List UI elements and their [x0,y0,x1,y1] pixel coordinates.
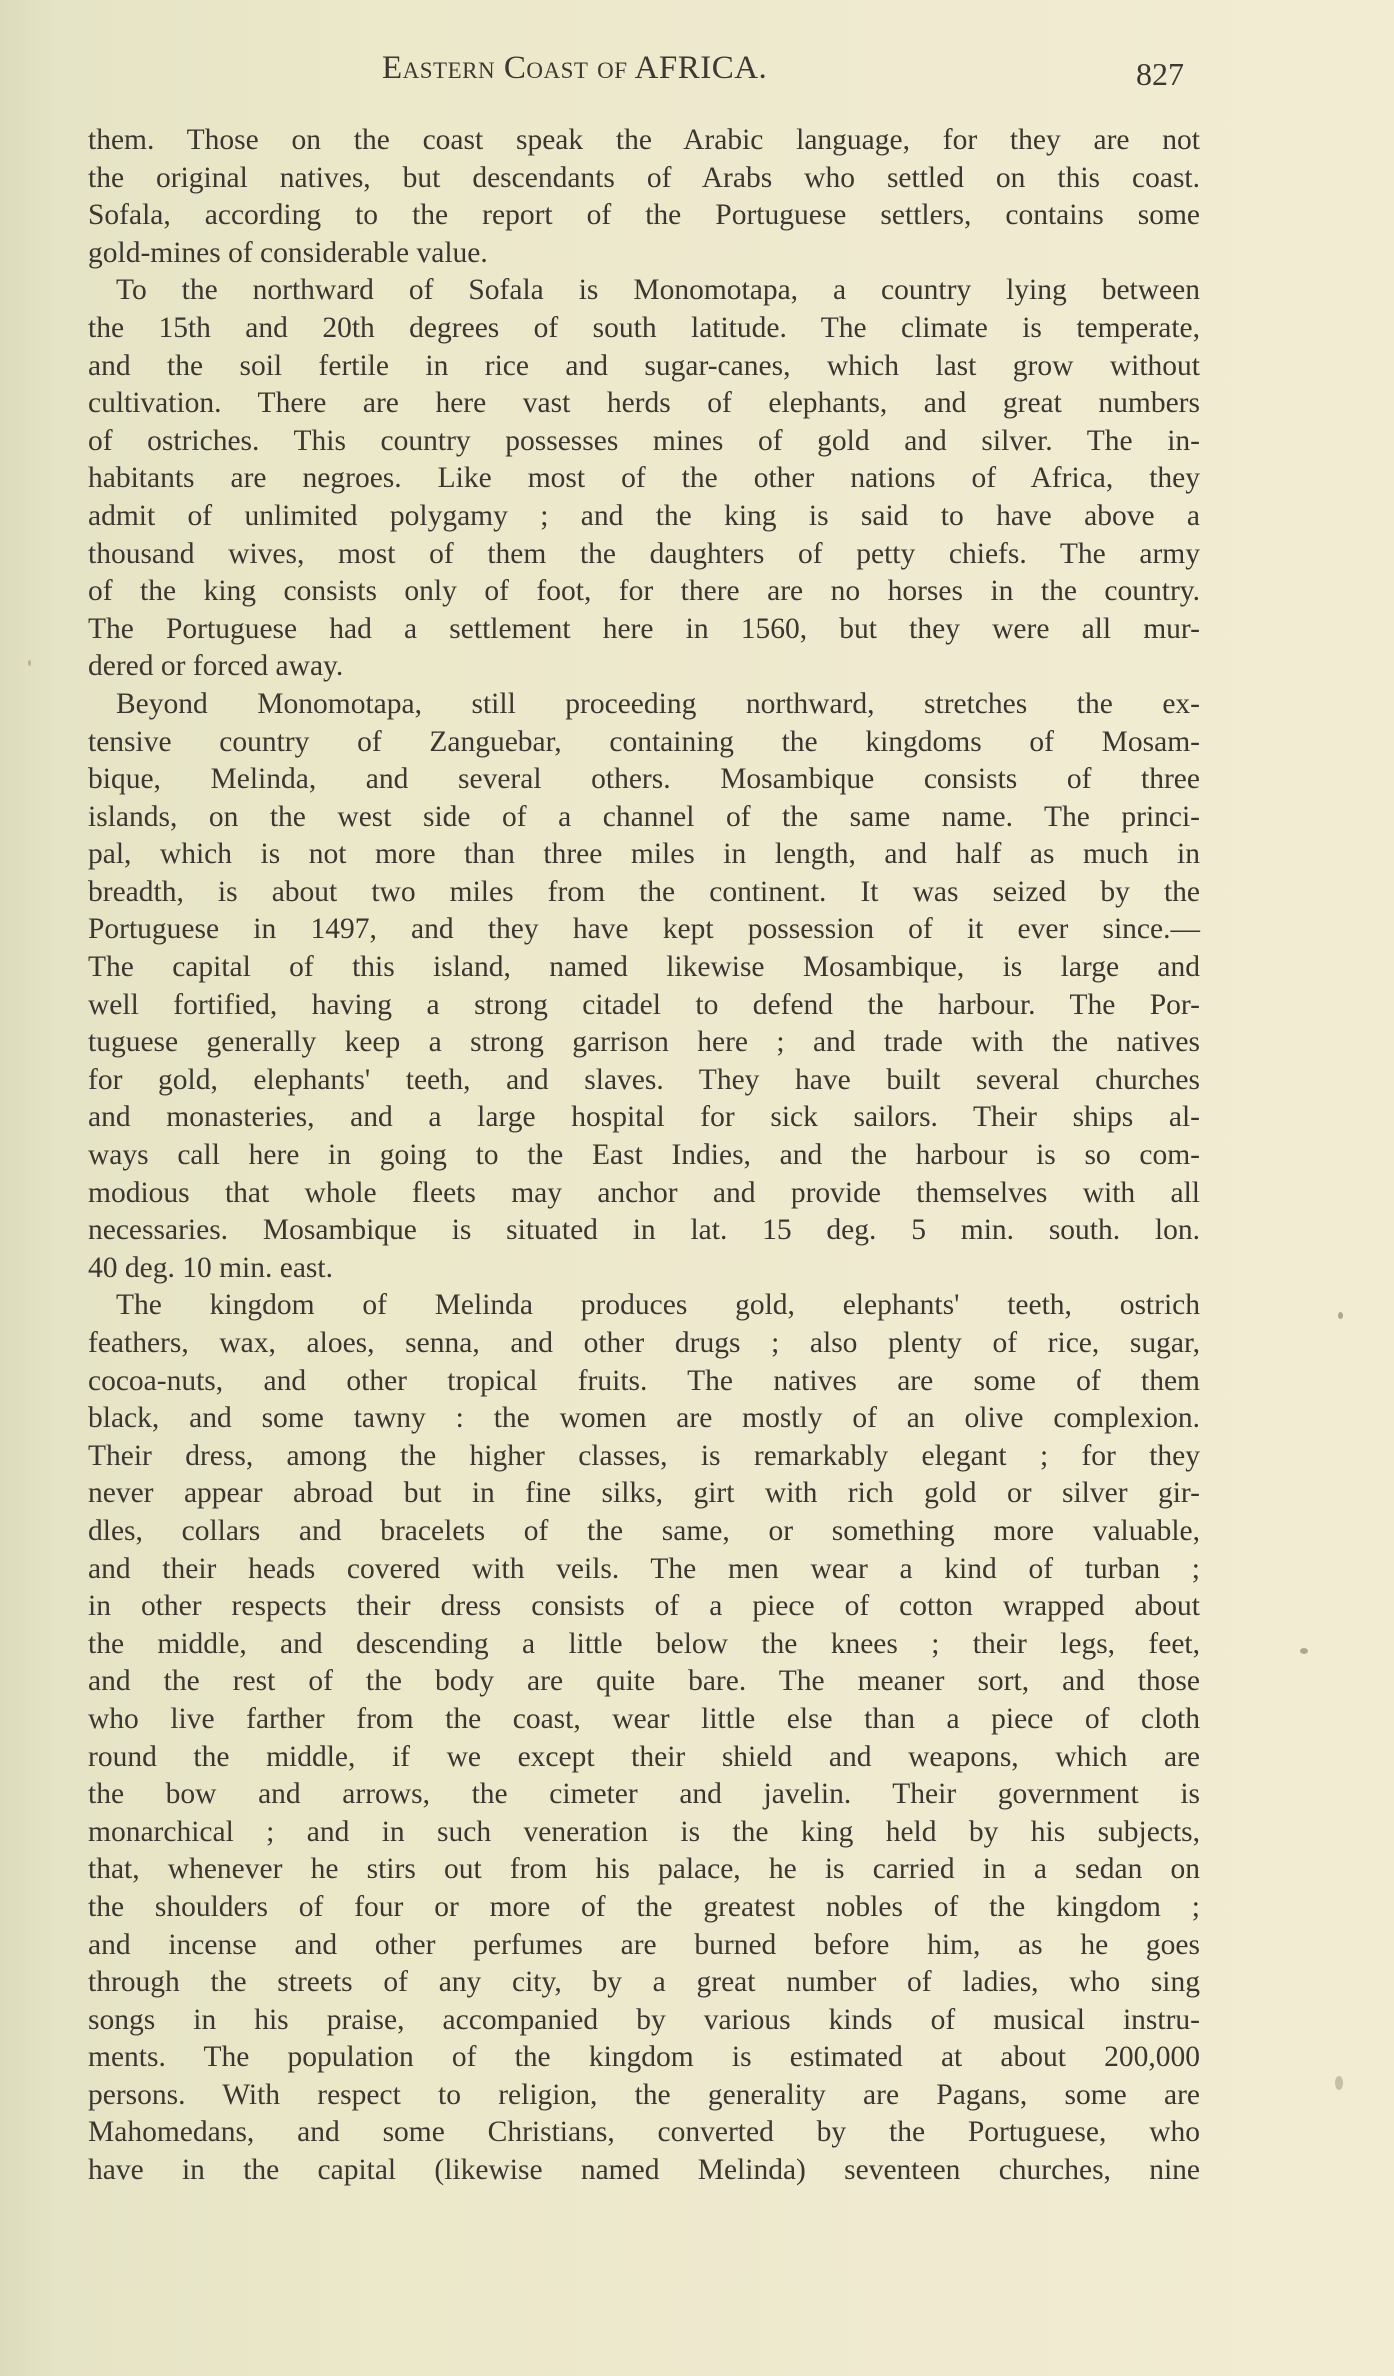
text-line: cultivation. There are here vast herds o… [88,385,1200,423]
text-line: have in the capital (likewise named Meli… [88,2152,1200,2190]
paper-speck [28,660,31,666]
text-line: the middle, and descending a little belo… [88,1626,1200,1664]
text-line: pal, which is not more than three miles … [88,836,1200,874]
body-text: them. Those on the coast speak the Arabi… [88,122,1200,2190]
text-line: of ostriches. This country possesses min… [88,423,1200,461]
text-line: 40 deg. 10 min. east. [88,1250,1200,1288]
text-line: dles, collars and bracelets of the same,… [88,1513,1200,1551]
text-line: round the middle, if we except their shi… [88,1739,1200,1777]
paragraph-start-line: To the northward of Sofala is Monomotapa… [88,272,1200,310]
text-line: ments. The population of the kingdom is … [88,2039,1200,2077]
text-line: for gold, elephants' teeth, and slaves. … [88,1062,1200,1100]
text-line: and their heads covered with veils. The … [88,1551,1200,1589]
text-line: Mahomedans, and some Christians, convert… [88,2114,1200,2152]
text-line: islands, on the west side of a channel o… [88,799,1200,837]
paragraph-start-line: The kingdom of Melinda produces gold, el… [88,1287,1200,1325]
paper-speck [1338,1312,1343,1319]
text-line: persons. With respect to religion, the g… [88,2077,1200,2115]
text-line: and monasteries, and a large hospital fo… [88,1099,1200,1137]
paragraph-start-line: Beyond Monomotapa, still proceeding nort… [88,686,1200,724]
text-line: the original natives, but descendants of… [88,160,1200,198]
text-line: never appear abroad but in fine silks, g… [88,1475,1200,1513]
text-line: tensive country of Zanguebar, containing… [88,724,1200,762]
text-line: and the rest of the body are quite bare.… [88,1663,1200,1701]
text-line: gold-mines of considerable value. [88,235,1200,273]
text-line: breadth, is about two miles from the con… [88,874,1200,912]
text-line: well fortified, having a strong citadel … [88,987,1200,1025]
text-line: who live farther from the coast, wear li… [88,1701,1200,1739]
text-line: the shoulders of four or more of the gre… [88,1889,1200,1927]
text-line: the 15th and 20th degrees of south latit… [88,310,1200,348]
text-line: feathers, wax, aloes, senna, and other d… [88,1325,1200,1363]
text-line: monarchical ; and in such veneration is … [88,1814,1200,1852]
text-line: of the king consists only of foot, for t… [88,573,1200,611]
text-line: tuguese generally keep a strong garrison… [88,1024,1200,1062]
text-line: in other respects their dress consists o… [88,1588,1200,1626]
text-line: and the soil fertile in rice and sugar-c… [88,348,1200,386]
text-line: modious that whole fleets may anchor and… [88,1175,1200,1213]
text-line: Portuguese in 1497, and they have kept p… [88,911,1200,949]
text-line: songs in his praise, accompanied by vari… [88,2002,1200,2040]
text-line: through the streets of any city, by a gr… [88,1964,1200,2002]
text-line: black, and some tawny : the women are mo… [88,1400,1200,1438]
paper-speck [1300,1648,1308,1654]
text-line: The Portuguese had a settlement here in … [88,611,1200,649]
text-line: admit of unlimited polygamy ; and the ki… [88,498,1200,536]
text-line: thousand wives, most of them the daughte… [88,536,1200,574]
text-line: and incense and other perfumes are burne… [88,1927,1200,1965]
paper-speck [1335,2076,1343,2090]
text-line: them. Those on the coast speak the Arabi… [88,122,1200,160]
text-line: cocoa-nuts, and other tropical fruits. T… [88,1363,1200,1401]
text-line: habitants are negroes. Like most of the … [88,460,1200,498]
text-line: necessaries. Mosambique is situated in l… [88,1212,1200,1250]
text-line: Sofala, according to the report of the P… [88,197,1200,235]
text-line: dered or forced away. [88,648,1200,686]
text-line: ways call here in going to the East Indi… [88,1137,1200,1175]
text-line: that, whenever he stirs out from his pal… [88,1851,1200,1889]
text-line: the bow and arrows, the cimeter and jave… [88,1776,1200,1814]
running-title: Eastern Coast of AFRICA. [382,50,767,87]
text-line: The capital of this island, named likewi… [88,949,1200,987]
text-line: Their dress, among the higher classes, i… [88,1438,1200,1476]
text-line: bique, Melinda, and several others. Mosa… [88,761,1200,799]
page-number: 827 [1136,56,1184,93]
running-head: Eastern Coast of AFRICA. 827 [0,50,1394,90]
book-page: Eastern Coast of AFRICA. 827 them. Those… [0,0,1394,2376]
